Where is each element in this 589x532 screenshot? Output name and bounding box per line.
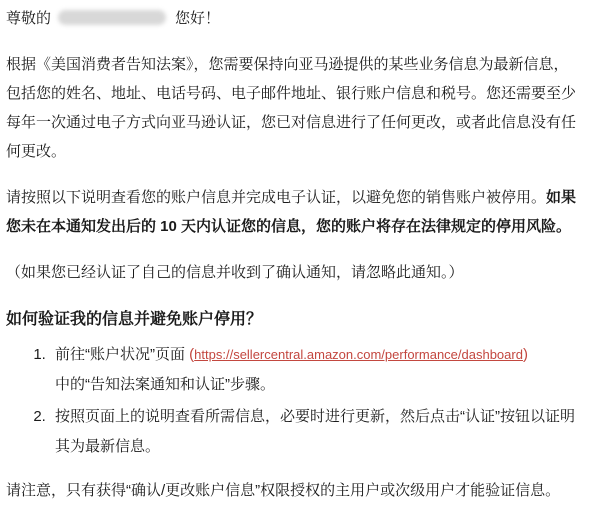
instruction-step-1: 前往“账户状况”页面 (https://sellercentral.amazon… [50, 340, 581, 400]
redacted-recipient-name [58, 10, 166, 25]
seller-central-link[interactable]: https://sellercentral.amazon.com/perform… [194, 347, 523, 362]
permissions-note: 请注意，只有获得“确认/更改账户信息”权限授权的主用户或次级用户才能验证信息。 [6, 476, 581, 505]
link-paren-close: ) [523, 346, 528, 363]
deadline-warning-normal: 请按照以下说明查看您的账户信息并完成电子认证，以避免您的销售账户被停用。 [6, 189, 546, 206]
greeting-prefix: 尊敬的 [6, 10, 51, 27]
notification-email: 尊敬的您好！ 根据《美国消费者告知法案》，您需要保持向亚马逊提供的某些业务信息为… [0, 0, 589, 505]
instruction-step-2: 按照页面上的说明查看所需信息，必要时进行更新，然后点击“认证”按钮以证明其为最新… [50, 402, 581, 462]
step1-text-line2: 中的“告知法案通知和认证”步骤。 [55, 376, 275, 393]
greeting-suffix: 您好！ [175, 10, 220, 27]
greeting-line: 尊敬的您好！ [6, 4, 581, 33]
instructions-list: 前往“账户状况”页面 (https://sellercentral.amazon… [6, 340, 581, 462]
step1-text-start: 前往“账户状况”页面 [55, 346, 189, 363]
paragraph-ignore-note: （如果您已经认证了自己的信息并收到了确认通知，请忽略此通知。） [6, 258, 581, 287]
paragraph-deadline-warning: 请按照以下说明查看您的账户信息并完成电子认证，以避免您的销售账户被停用。如果您未… [6, 183, 581, 241]
paragraph-inform-consumers-act: 根据《美国消费者告知法案》，您需要保持向亚马逊提供的某些业务信息为最新信息，包括… [6, 50, 581, 166]
section-heading: 如何验证我的信息并避免账户停用？ [6, 309, 581, 331]
